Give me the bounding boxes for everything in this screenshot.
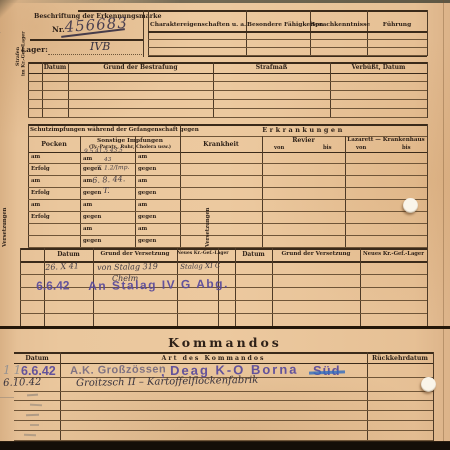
gegen-label: gegen — [138, 238, 156, 244]
gegen-label: gegen — [138, 190, 156, 196]
versetzungen-side-label-left: Versetzungen — [2, 196, 22, 258]
gegen-label: gegen — [138, 166, 156, 172]
lazarett-bis-label: bis — [402, 145, 411, 151]
traits-header-faehigkeiten: Besondere Fähigkeiten — [247, 21, 309, 28]
pencil-smudge — [30, 424, 39, 426]
lazarett-von-label: von — [356, 145, 366, 151]
am-label: am — [138, 178, 147, 184]
gegen-label: gegen — [83, 190, 101, 196]
sonstige-header: Sonstige Impfungen — [80, 138, 180, 144]
am-label: am — [138, 202, 147, 208]
kommandos-header-datum: Datum — [14, 355, 60, 362]
versetzungen-header-grund-right: Grund der Versetzung — [272, 251, 360, 257]
am-label: am — [31, 154, 40, 160]
gegen-label: gegen — [83, 214, 101, 220]
versetzung-row1-datum: 26. X 41 — [45, 261, 79, 272]
kommandos-row1-ak-stamp: A.K. Großzössen — [70, 363, 166, 377]
impfung-gegen-handwriting: T. 1.2/Imp. — [97, 164, 130, 172]
versetzungen-header-datum-right: Datum — [235, 251, 272, 258]
am-label: am — [83, 202, 92, 208]
am-label: am — [83, 156, 92, 162]
gegen-label: gegen — [83, 238, 101, 244]
corner-fold — [0, 0, 20, 20]
versetzung-stamp-text: An Stalag IV G Abg. — [88, 277, 229, 293]
erfolg-label: Erfolg — [31, 166, 50, 172]
traits-header-charakter: Charaktereigenschaften u. a. — [150, 21, 244, 28]
versetzung-stamp-date: 6.6.42 — [36, 278, 70, 293]
right-crease — [443, 0, 444, 441]
strafen-header-verbuesst: Verbüßt, Datum — [330, 64, 427, 71]
versetzungen-header-neues-left: Neues Kr.-Gef.-Lager — [177, 251, 218, 256]
impfungen-group-title: Schutzimpfungen während der Gefangenscha… — [30, 127, 178, 133]
section-divider — [0, 326, 450, 329]
idbox-nr-label: Nr. — [52, 25, 65, 34]
strafen-header-grund: Grund der Bestrafung — [68, 64, 213, 71]
versetzung-row1-neues: Stalag XI C — [180, 262, 220, 271]
bottom-black-bar — [0, 441, 450, 450]
versetzungen-side-label-right: Versetzungen — [205, 196, 219, 258]
am-label: am — [138, 226, 147, 232]
revier-bis-label: bis — [323, 145, 332, 151]
am-label: am — [83, 226, 92, 232]
kommandos-header-rueckkehr: Rückkehrdatum — [367, 355, 433, 362]
versetzung-row1-grund: von Stalag 319 — [97, 262, 158, 272]
krankheit-header: Krankheit — [180, 141, 262, 148]
pencil-smudge — [0, 397, 14, 398]
impfung-gegen-handwriting-2: T. — [103, 186, 110, 195]
erfolg-label: Erfolg — [31, 190, 50, 196]
revier-von-label: von — [274, 145, 284, 151]
revier-header: Revier — [262, 137, 345, 144]
punch-hole-top — [403, 198, 418, 213]
erfolg-label: Erfolg — [31, 214, 50, 220]
am-label: am — [31, 202, 40, 208]
top-edge-shadow — [0, 0, 450, 3]
versetzungen-header-datum-left: Datum — [44, 251, 93, 258]
erkrankungen-title: Erkrankungen — [180, 126, 427, 134]
traits-header-sprachen: Sprachkenntnisse — [311, 21, 366, 28]
kommandos-row2-datum: 6.10.42 — [3, 377, 42, 389]
pocken-header: Pocken — [28, 141, 80, 148]
am-label: am — [31, 178, 40, 184]
kommandos-title: Kommandos — [125, 335, 325, 350]
am-label: am — [83, 178, 92, 184]
lazarett-header: Lazarett — Krankenhaus — [345, 137, 427, 143]
pow-record-card: 1A Beschriftung der Erkennungsmarke Nr. … — [0, 0, 450, 450]
versetzungen-header-grund-left: Grund der Versetzung — [93, 251, 177, 257]
gegen-label: gegen — [138, 214, 156, 220]
kommandos-header-art: Art des Kommandos — [60, 355, 367, 362]
am-label: am — [138, 154, 147, 160]
lager-value: IVB — [90, 40, 110, 53]
impfung-am-handwriting: 6. 8. 44. — [92, 174, 126, 185]
strafen-header-strafmass: Strafmaß — [213, 64, 330, 71]
impfung-dates-handwriting-2: 43 — [104, 157, 111, 163]
versetzungen-header-neues-right: Neues Kr.-Gef.-Lager — [360, 251, 427, 257]
punch-hole-bottom — [421, 377, 436, 392]
strafen-header-datum: Datum — [42, 64, 68, 71]
traits-header-fuehrung: Führung — [368, 21, 426, 28]
strafen-side-label: Strafenim Kr.-Gef.-Lager — [16, 36, 29, 76]
